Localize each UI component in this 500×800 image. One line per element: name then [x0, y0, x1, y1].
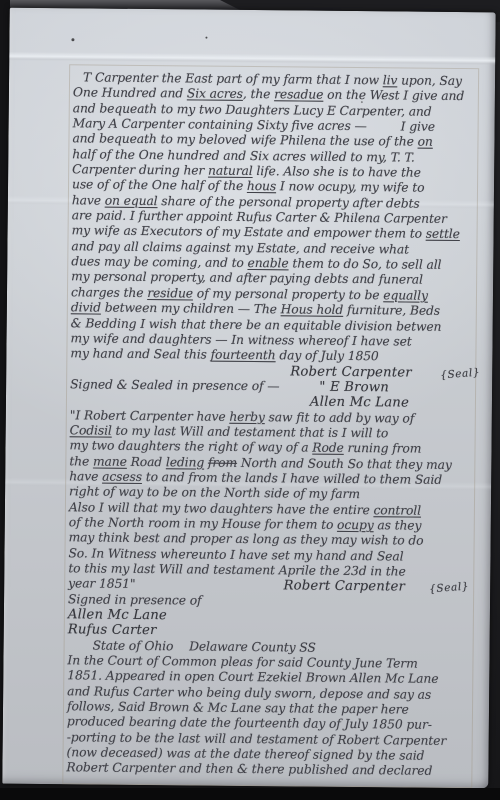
manuscript-text-segment: life. Also she is to have the — [253, 164, 421, 180]
manuscript-text-segment: the — [69, 454, 93, 468]
manuscript-text-segment: dues may be coming, and to — [71, 254, 247, 270]
seal-mark: {Seal} — [439, 365, 480, 383]
manuscript-text-segment: One Hundred and — [73, 86, 187, 101]
manuscript-text-segment: and bequeath to my beloved wife Philena … — [72, 132, 417, 149]
manuscript-text-segment: hous — [247, 179, 276, 193]
manuscript-text-segment: right of way to be on the North side of … — [69, 485, 360, 502]
manuscript-text-segment: (now deceased) was at the date thereof s… — [67, 745, 425, 762]
manuscript-text-segment: on the West I give and — [323, 88, 464, 103]
signature-text: Rufus Carter — [68, 623, 157, 639]
manuscript-text-segment: North and South So that they may — [237, 455, 452, 471]
manuscript-text-segment: herby — [229, 409, 265, 423]
manuscript-text-segment: as they — [374, 518, 422, 532]
manuscript-text-segment: use of of the One half of the — [72, 178, 247, 194]
manuscript-text-segment: Signed & Sealed in presence of — — [70, 377, 283, 393]
manuscript-text-segment: State of Ohio — [93, 638, 178, 653]
ink-speck — [71, 38, 74, 41]
manuscript-text-segment: acsess — [102, 470, 142, 484]
manuscript-text-segment: them to do So, to sell all — [289, 256, 442, 271]
manuscript-text-segment: my wife and daughters — In witness where… — [70, 331, 411, 348]
manuscript-text-segment: upon, Say — [397, 73, 462, 88]
manuscript-text-segment: leding — [166, 455, 204, 469]
manuscript-text-segment: Rode — [312, 441, 344, 455]
manuscript-text-segment: half of the One hundred and Six acres wi… — [72, 147, 415, 164]
manuscript-text-segment: my hand and Seal this — [70, 346, 210, 361]
manuscript-text-segment: on — [418, 135, 433, 149]
manuscript-text-segment: "I Robert Carpenter have — [70, 408, 230, 424]
signature-text: Allen Mc Lane — [310, 395, 409, 411]
manuscript-text-segment: Road — [127, 454, 166, 468]
manuscript-text-segment: In the Court of Common pleas for said Co… — [67, 653, 417, 670]
manuscript-text-segment: mane — [93, 454, 127, 468]
manuscript-text-segment: runing from — [344, 441, 422, 456]
signature-text: Robert Carpenter — [290, 364, 412, 380]
manuscript-text-segment: natural — [208, 164, 253, 178]
manuscript-text-segment: have — [69, 469, 102, 483]
manuscript-page: T Carpenter the East part of my farm tha… — [2, 8, 495, 789]
signature-text: " E Brown — [319, 380, 389, 396]
manuscript-text-segment: Robert Carpenter and then & there publis… — [66, 761, 432, 779]
manuscript-text-segment: share of the personal property after deb… — [157, 194, 419, 211]
photo-backdrop-bottom-edge — [0, 788, 500, 800]
manuscript-text-segment: have — [72, 193, 105, 207]
manuscript-text-segment: Signed in presence of — [68, 592, 202, 607]
manuscript-text-segment: settle — [426, 227, 460, 241]
manuscript-text-segment: from — [208, 455, 237, 469]
signature-text: Robert Carpenter — [283, 579, 405, 595]
manuscript-text-segment: year 1851" — [68, 577, 135, 592]
manuscript-text-segment: between my children — The — [101, 301, 281, 317]
manuscript-text-segment: furniture, Beds — [343, 303, 440, 318]
manuscript-text-segment: follows, Said Brown & Mc Lane say that t… — [67, 699, 409, 716]
manuscript-text-segment: Codisil — [70, 423, 112, 437]
seal-mark: {Seal} — [428, 580, 469, 598]
manuscript-text-segment: divid — [71, 300, 101, 314]
manuscript-text-segment: So. In Witness whereunto I have set my h… — [68, 546, 403, 563]
manuscript-text-segment: Also I will that my two daughters have t… — [69, 500, 374, 517]
manuscript-text-segment: may think best and proper as long as the… — [69, 531, 424, 548]
manuscript-text-segment: I give — [401, 119, 435, 133]
manuscript-text-segment: Delaware County SS — [189, 639, 316, 654]
manuscript-text-segment: I now ocupy, my wife to — [276, 180, 424, 195]
manuscript-text-segment: saw fit to add by way of — [265, 410, 415, 425]
manuscript-text-segment: enable — [248, 256, 289, 270]
manuscript-text-segment: and bequeath to my two Daughters Lucy E … — [73, 101, 432, 118]
manuscript-text-segment: to this my last Will and testament April… — [68, 561, 405, 578]
manuscript-text-segment: charges the — [71, 285, 147, 300]
signature-text: Allen Mc Lane — [68, 607, 167, 623]
manuscript-text-segment: ocupy — [337, 518, 374, 532]
manuscript-text-segment: Six acres — [187, 87, 243, 102]
manuscript-text: T Carpenter the East part of my farm tha… — [66, 70, 485, 780]
manuscript-text-segment: residue — [147, 286, 193, 300]
manuscript-text-segment: and pay all claims against my Estate, an… — [71, 239, 409, 256]
manuscript-text-segment: equally — [383, 288, 428, 302]
manuscript-text-segment: of the North room in my House for them t… — [69, 515, 337, 532]
manuscript-text-segment: my two daughters the right of way of a — [69, 439, 312, 455]
manuscript-text-segment: and Rufus Carter who being duly sworn, d… — [67, 684, 431, 701]
manuscript-text-segment: on equal — [105, 193, 158, 208]
manuscript-text-segment: liv — [383, 73, 398, 87]
manuscript-text-segment: my wife as Executors of my Estate and em… — [72, 224, 426, 241]
manuscript-text-segment: Mary A Carpenter containing Sixty five a… — [73, 116, 367, 133]
manuscript-text-segment: to my last Will and testament that is I … — [112, 424, 389, 441]
manuscript-text-segment: Hous hold — [281, 302, 344, 317]
ink-speck — [205, 37, 207, 39]
manuscript-text-segment: to and from the lands I have willed to t… — [142, 470, 442, 487]
manuscript-text-segment: Carpenter during her — [72, 162, 208, 177]
manuscript-text-segment: of my personal property to be — [193, 286, 383, 302]
manuscript-text-segment: controll — [373, 503, 421, 517]
manuscript-text-segment: resadue — [274, 88, 323, 102]
fold-crease — [9, 52, 495, 66]
manuscript-text-segment: , the — [243, 87, 274, 101]
manuscript-text-segment: day of July 1850 — [276, 348, 379, 363]
manuscript-text-segment: my personal property, and after paying d… — [71, 270, 423, 287]
manuscript-text-segment: T Carpenter the East part of my farm tha… — [83, 70, 383, 87]
manuscript-text-segment: fourteenth — [211, 348, 276, 363]
